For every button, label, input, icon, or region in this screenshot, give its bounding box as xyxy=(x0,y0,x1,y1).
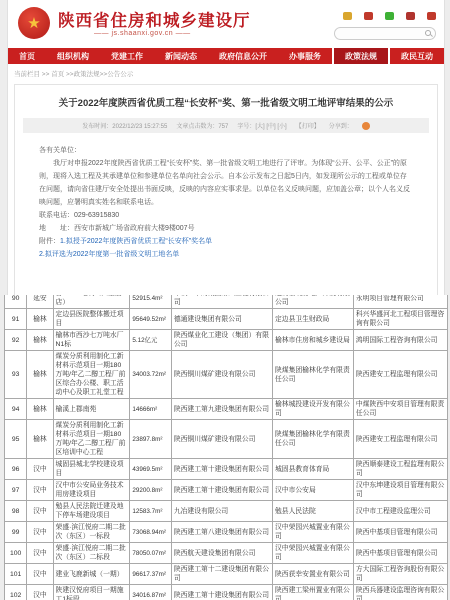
attachment-line-2: 2.拟评选为2022年度第一批省级文明工地名单 xyxy=(39,248,413,261)
col-owner: 汉中荣园兴城置业有限公司 xyxy=(272,522,353,543)
col-builder: 陕西建工第九建设集团有限公司 xyxy=(171,399,272,420)
col-city: 汉中 xyxy=(27,564,53,585)
col-no: 96 xyxy=(5,459,27,480)
col-project: 陕建汉悦府项目一期施工1标段 xyxy=(53,585,130,600)
col-owner: 榆林市住房和城乡建设局 xyxy=(272,330,353,351)
col-city: 榆林 xyxy=(27,399,53,420)
mail-icon[interactable] xyxy=(343,12,352,20)
col-supervisor: 陕西中基项目管理有限公司 xyxy=(353,543,447,564)
col-city: 榆林 xyxy=(27,309,53,330)
click-count: 文章点击数为：757 xyxy=(176,121,228,130)
table-row: 102汉中陕建汉悦府项目一期施工1标段34016.87m²陕西建工第十建设集团有… xyxy=(5,585,448,600)
col-owner: 陕西获幸安置业有限公司 xyxy=(272,564,353,585)
article-body: 各有关单位： 我厅对申报2022年度陕西省优质工程“长安杯”奖、第一批省级文明工… xyxy=(39,144,413,261)
table-row: 91榆林定边县医院整体搬迁项目95649.52m²德通建设集团有限公司定边县卫生… xyxy=(5,309,448,330)
main-nav: 首页组织机构党建工作新闻动态政府信息公开办事服务政策法规政民互动 xyxy=(8,48,444,64)
nav-item-3[interactable]: 党建工作 xyxy=(100,48,154,64)
col-builder: 陕西建工第八建设集团有限公司 xyxy=(171,522,272,543)
attachment-link-2[interactable]: 2.拟评选为2022年度第一批省级文明工地名单 xyxy=(39,251,179,258)
col-no: 99 xyxy=(5,522,27,543)
col-city: 榆林 xyxy=(27,420,53,459)
content-column: ★ 陕西省住房和城乡建设厅 —— js.shaanxi.gov.cn —— 首页… xyxy=(7,0,445,600)
col-project: 目C1-02地块（四星酒店） xyxy=(53,295,130,309)
table-row: 94榆林榆溪上郡南苑14666m²陕西建工第九建设集团有限公司榆林城投建设开发有… xyxy=(5,399,448,420)
col-builder: 陕西航天建设集团有限公司 xyxy=(171,543,272,564)
col-city: 汉中 xyxy=(27,459,53,480)
col-area: 73068.94m² xyxy=(130,522,171,543)
col-no: 91 xyxy=(5,309,27,330)
col-no: 95 xyxy=(5,420,27,459)
col-no: 101 xyxy=(5,564,27,585)
award-table-wrap: 90延安目C1-02地块（四星酒店）52915.4m²中铁二十局集团第六工程有限… xyxy=(4,295,448,600)
award-table: 90延安目C1-02地块（四星酒店）52915.4m²中铁二十局集团第六工程有限… xyxy=(4,295,448,600)
search-input[interactable] xyxy=(334,27,436,40)
col-no: 102 xyxy=(5,585,27,600)
col-project: 榆林市西沙七万吨水厂N1标 xyxy=(53,330,130,351)
col-supervisor: 陕西中基项目管理有限公司 xyxy=(353,522,447,543)
col-builder: 陕西建工第十建设集团有限公司 xyxy=(171,585,272,600)
weibo-icon[interactable] xyxy=(406,12,415,20)
col-no: 97 xyxy=(5,480,27,501)
col-builder: 九冶建设有限公司 xyxy=(171,501,272,522)
col-no: 93 xyxy=(5,351,27,399)
col-supervisor: 陕西建安工程监理有限公司 xyxy=(353,351,447,399)
table-row: 98汉中勉县人民法院迁建及地下停车场建设项目12583.7m²九冶建设有限公司勉… xyxy=(5,501,448,522)
col-project: 荣盛·滨江悦府二期二批次（东区）二标段 xyxy=(53,543,130,564)
col-no: 98 xyxy=(5,501,27,522)
col-area: 34003.72m² xyxy=(130,351,171,399)
col-project: 煤炭分质利用制化工新材料示范项目一期180万吨/年乙二醇工程厂前区综合办公楼、职… xyxy=(53,351,130,399)
col-project: 煤炭分质利用制化工新材料示范项目一期180万吨/年乙二醇工程厂前区培训中心工程 xyxy=(53,420,130,459)
print-button[interactable]: 【打印】 xyxy=(296,121,320,130)
col-area: 5.12亿元 xyxy=(130,330,171,351)
page-title: 关于2022年度陕西省优质工程“长安杯”奖、第一批省级文明工地评审结果的公示 xyxy=(35,97,417,110)
col-area: 52915.4m² xyxy=(130,295,171,309)
col-supervisor: 汉中东坤建设项目管理有限公司 xyxy=(353,480,447,501)
col-supervisor: 永明项目管理有限公司 xyxy=(353,295,447,309)
col-city: 汉中 xyxy=(27,480,53,501)
nav-item-8[interactable]: 政民互动 xyxy=(390,48,444,64)
site-url: —— js.shaanxi.gov.cn —— xyxy=(94,30,191,37)
share-label: 分享到： xyxy=(329,121,353,130)
attachment-label: 附件： xyxy=(39,238,60,245)
nav-item-7[interactable]: 政策法规 xyxy=(334,48,388,64)
table-row: 99汉中荣盛·滨江悦府二期二批次（东区）一标段73068.94m²陕西建工第八建… xyxy=(5,522,448,543)
nav-item-4[interactable]: 新闻动态 xyxy=(154,48,208,64)
attachment-line-1: 附件：1.拟授予2022年度陕西省优质工程“长安杯”奖名单 xyxy=(39,235,413,248)
col-project: 城固县城北学校建设项目 xyxy=(53,459,130,480)
col-supervisor: 汉中市工程建设监理公司 xyxy=(353,501,447,522)
col-area: 14666m² xyxy=(130,399,171,420)
col-no: 92 xyxy=(5,330,27,351)
publish-time: 发布时间：2022/12/23 15:27:55 xyxy=(82,121,167,130)
col-no: 100 xyxy=(5,543,27,564)
table-row: 96汉中城固县城北学校建设项目43969.5m²陕西建工第十建设集团有限公司城固… xyxy=(5,459,448,480)
wechat-icon[interactable] xyxy=(385,12,394,20)
col-area: 96617.37m² xyxy=(130,564,171,585)
col-area: 29200.8m² xyxy=(130,480,171,501)
col-supervisor: 陕西顺泰建设工程监理有限公司 xyxy=(353,459,447,480)
col-builder: 中铁二十局集团第六工程有限公司 xyxy=(171,295,272,309)
col-builder: 德通建设集团有限公司 xyxy=(171,309,272,330)
col-owner: 定边县卫生财政局 xyxy=(272,309,353,330)
site-title: 陕西省住房和城乡建设厅 xyxy=(58,7,251,31)
col-owner: 陕煤集团榆林化学有限责任公司 xyxy=(272,420,353,459)
table-row: 100汉中荣盛·滨江悦府二期二批次（东区）二标段78050.07m²陕西航天建设… xyxy=(5,543,448,564)
col-area: 23897.8m² xyxy=(130,420,171,459)
col-city: 汉中 xyxy=(27,585,53,600)
share-icon[interactable] xyxy=(362,122,370,130)
article-meta-bar: 发布时间：2022/12/23 15:27:55 文章点击数为：757 字号：[… xyxy=(23,118,429,133)
salutation: 各有关单位： xyxy=(39,144,413,157)
col-area: 43969.5m² xyxy=(130,459,171,480)
col-city: 汉中 xyxy=(27,522,53,543)
nav-item-2[interactable]: 组织机构 xyxy=(46,48,100,64)
col-owner: 汉中市公安局 xyxy=(272,480,353,501)
table-row: 93榆林煤炭分质利用制化工新材料示范项目一期180万吨/年乙二醇工程厂前区综合办… xyxy=(5,351,448,399)
col-city: 延安 xyxy=(27,295,53,309)
col-supervisor: 方大国际工程咨询股份有限公司 xyxy=(353,564,447,585)
table-row: 97汉中汉中市公安局业务技术用房建设项目29200.8m²陕西建工第十建设集团有… xyxy=(5,480,448,501)
national-emblem-logo: ★ xyxy=(18,7,50,39)
col-area: 78050.07m² xyxy=(130,543,171,564)
col-project: 定边县医院整体搬迁项目 xyxy=(53,309,130,330)
col-city: 汉中 xyxy=(27,501,53,522)
col-owner: 榆林城投建设开发有限公司 xyxy=(272,399,353,420)
home-icon[interactable] xyxy=(364,12,373,20)
nav-item-1[interactable]: 首页 xyxy=(8,48,46,64)
font-size-switch[interactable]: 字号：[大] [中] [小] xyxy=(237,121,286,130)
col-owner: 陕西建工梁州置业有限公司 xyxy=(272,585,353,600)
col-supervisor: 陕西建安工程监理有限公司 xyxy=(353,420,447,459)
col-area: 12583.7m² xyxy=(130,501,171,522)
attachment-link-1[interactable]: 1.拟授予2022年度陕西省优质工程“长安杯”奖名单 xyxy=(60,238,212,245)
site-header: ★ 陕西省住房和城乡建设厅 —— js.shaanxi.gov.cn —— xyxy=(8,0,444,48)
col-project: 勉县人民法院迁建及地下停车场建设项目 xyxy=(53,501,130,522)
col-builder: 陕西建工第十建设集团有限公司 xyxy=(171,459,272,480)
col-city: 榆林 xyxy=(27,330,53,351)
col-owner: 城固县教育体育局 xyxy=(272,459,353,480)
nav-item-5[interactable]: 政府信息公开 xyxy=(208,48,278,64)
col-owner: 延安宏明房地产开发有限公司 xyxy=(272,295,353,309)
col-city: 汉中 xyxy=(27,543,53,564)
body-paragraph: 我厅对申报2022年度陕西省优质工程“长安杯”奖、第一批省级文明工地进行了评审。… xyxy=(39,157,413,209)
col-no: 90 xyxy=(5,295,27,309)
col-builder: 陕西煤业化工建设（集团）有限公司 xyxy=(171,330,272,351)
col-supervisor: 中煤陕西中安项目管理有限责任公司 xyxy=(353,399,447,420)
table-row: 92榆林榆林市西沙七万吨水厂N1标5.12亿元陕西煤业化工建设（集团）有限公司榆… xyxy=(5,330,448,351)
col-project: 汉中市公安局业务技术用房建设项目 xyxy=(53,480,130,501)
col-builder: 陕西建工第十二建设集团有限公司 xyxy=(171,564,272,585)
col-supervisor: 鸿明国际工程咨询有限公司 xyxy=(353,330,447,351)
table-row: 95榆林煤炭分质利用制化工新材料示范项目一期180万吨/年乙二醇工程厂前区培训中… xyxy=(5,420,448,459)
col-city: 榆林 xyxy=(27,351,53,399)
table-row: 90延安目C1-02地块（四星酒店）52915.4m²中铁二十局集团第六工程有限… xyxy=(5,295,448,309)
col-project: 荣盛·滨江悦府二期二批次（东区）一标段 xyxy=(53,522,130,543)
col-project: 建业飞鹿新城（一期） xyxy=(53,564,130,585)
search-icon[interactable] xyxy=(425,30,431,36)
contact-address: 地 址：西安市新城广场省政府前大楼9楼007号 xyxy=(39,222,413,235)
star-icon: ★ xyxy=(27,16,40,31)
breadcrumb: 当前栏目 >> 首页 >>政策法规>>公告公示 xyxy=(14,69,133,78)
col-project: 榆溪上郡南苑 xyxy=(53,399,130,420)
col-area: 34016.87m² xyxy=(130,585,171,600)
header-icons xyxy=(343,12,436,20)
col-owner: 陕煤集团榆林化学有限责任公司 xyxy=(272,351,353,399)
accessibility-icon[interactable] xyxy=(427,12,436,20)
col-builder: 陕西建工第十建设集团有限公司 xyxy=(171,480,272,501)
nav-item-6[interactable]: 办事服务 xyxy=(278,48,332,64)
col-no: 94 xyxy=(5,399,27,420)
table-row: 101汉中建业飞鹿新城（一期）96617.37m²陕西建工第十二建设集团有限公司… xyxy=(5,564,448,585)
col-area: 95649.52m² xyxy=(130,309,171,330)
contact-phone: 联系电话：029-63915830 xyxy=(39,209,413,222)
col-builder: 陕西铜川煤矿建设有限公司 xyxy=(171,420,272,459)
page: ★ 陕西省住房和城乡建设厅 —— js.shaanxi.gov.cn —— 首页… xyxy=(0,0,450,600)
col-owner: 汉中荣园兴城置业有限公司 xyxy=(272,543,353,564)
col-owner: 勉县人民法院 xyxy=(272,501,353,522)
col-builder: 陕西铜川煤矿建设有限公司 xyxy=(171,351,272,399)
col-supervisor: 科兴华盛河北工程项目管理咨询有限公司 xyxy=(353,309,447,330)
col-supervisor: 陕西兵器建设监理咨询有限公司 xyxy=(353,585,447,600)
